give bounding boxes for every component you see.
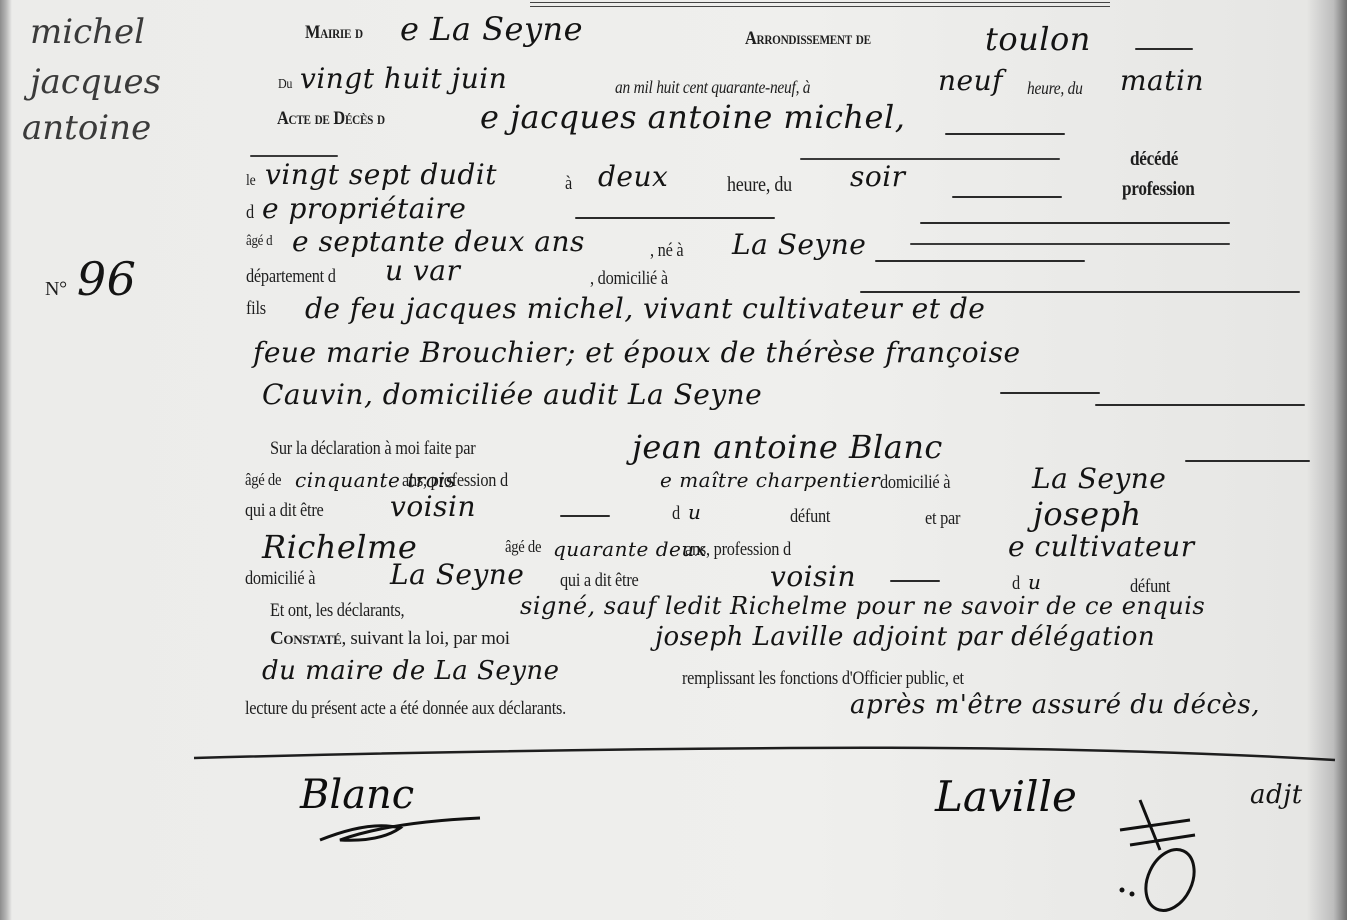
defunt-label-1: défunt <box>790 506 830 528</box>
age-label-1: âgé de <box>245 470 281 490</box>
death-period-value: soir <box>850 160 906 193</box>
dept-label: département d <box>246 266 336 288</box>
du-label-1: d <box>672 503 680 525</box>
mairie-value: e La Seyne <box>400 10 583 48</box>
relation-fill-line-1 <box>560 515 610 517</box>
relation-label-1: qui a dit être <box>245 500 324 522</box>
date-value: vingt huit juin <box>300 62 507 95</box>
declarant2-age: quarante deux <box>553 537 707 561</box>
reading-text: lecture du présent acte a été donnée aux… <box>245 698 566 720</box>
age-label-2: âgé de <box>505 537 541 557</box>
hour-label: heure, du <box>1027 78 1083 99</box>
margin-given-name-1: jacques <box>30 62 161 102</box>
born-value: La Seyne <box>732 228 866 261</box>
declarant1-name: jean antoine Blanc <box>632 428 943 466</box>
relation-fill-line-2 <box>890 580 940 582</box>
acte-label: Acte de Décès d <box>277 108 385 130</box>
declarant1-relation: voisin <box>390 490 476 523</box>
death-day-value: vingt sept dudit <box>265 158 497 191</box>
signature-divider-line <box>190 740 1340 770</box>
profession-fill-line <box>575 217 775 219</box>
profession-right-line <box>920 222 1230 224</box>
signature-right-flourish <box>1080 790 1260 920</box>
death-hour-value: deux <box>598 160 668 193</box>
age-suffix-2: ans, profession d <box>685 539 791 561</box>
date-prefix: Du <box>278 77 292 93</box>
arrondissement-value: toulon <box>985 20 1091 58</box>
declarant2-first: joseph <box>1033 495 1142 533</box>
record-number-value: 96 <box>77 252 137 306</box>
deceased-fill-line <box>945 133 1065 135</box>
age-prefix: âgé d <box>246 233 272 250</box>
scanned-record-page: michel jacques antoine N° 96 Mairie d e … <box>0 0 1347 920</box>
blank-line-a <box>250 155 338 157</box>
filiation-line-1: de feu jacques michel, vivant cultivateu… <box>305 292 985 325</box>
record-number: N° 96 <box>45 252 136 306</box>
filiation-line-2: feue marie Brouchier; et époux de thérès… <box>253 336 1021 369</box>
death-day-prefix: le <box>246 172 255 190</box>
constate-line: Constaté, suivant la loi, par moi <box>270 628 510 650</box>
declarant1-fill-line <box>1185 460 1310 462</box>
arrondissement-fill-line <box>1135 48 1193 50</box>
mairie-label: Mairie d <box>305 22 363 44</box>
filiation-line-3: Cauvin, domiciliée audit La Seyne <box>262 378 762 411</box>
reading-note: après m'être assuré du décès, <box>850 690 1260 720</box>
declarant1-profession: e maître charpentier <box>660 468 880 492</box>
et-par-label: et par <box>925 508 960 530</box>
deceased-label: décédé <box>1130 148 1178 171</box>
signature-right: Laville <box>935 772 1077 821</box>
declarant2-profession: e cultivateur <box>1008 530 1195 563</box>
declaration-intro: Sur la déclaration à moi faite par <box>270 438 475 460</box>
born-label: , né à <box>650 240 683 262</box>
profession-value: e propriétaire <box>262 192 466 225</box>
record-number-label: N° <box>45 278 67 300</box>
signed-value: signé, sauf ledit Richelme pour ne savoi… <box>520 592 1205 620</box>
profession-prefix: d <box>246 202 254 224</box>
domicile-label-2: domicilié à <box>245 568 315 590</box>
arrondissement-label: Arrondissement de <box>745 28 871 50</box>
year-text: an mil huit cent quarante-neuf, à <box>615 77 810 98</box>
declarant1-domicile: La Seyne <box>1032 462 1166 495</box>
age-suffix-1: ans, profession d <box>402 470 508 492</box>
age-right-line <box>910 243 1230 245</box>
domicile-label-1: domicilié à <box>880 472 950 494</box>
margin-given-name-2: antoine <box>22 108 151 148</box>
declarant2-domicile: La Seyne <box>390 558 524 591</box>
death-hour-prefix: à <box>565 173 572 195</box>
profession-label: profession <box>1122 178 1195 201</box>
constate-label: Constaté <box>270 628 342 649</box>
deceased-name: e jacques antoine michel, <box>480 98 905 136</box>
death-fill-line <box>952 196 1062 198</box>
margin-surname: michel <box>30 12 145 52</box>
domicile-label: , domicilié à <box>590 268 668 290</box>
filiation-prefix: fils <box>246 298 266 320</box>
hour-value: neuf <box>938 64 1003 97</box>
signed-label: Et ont, les déclarants, <box>270 600 404 622</box>
death-hour-label: heure, du <box>727 172 792 197</box>
du-value-1: u <box>688 500 701 524</box>
filiation-fill-line <box>1000 392 1100 394</box>
signature-left-flourish <box>310 810 490 850</box>
relation-label-2: qui a dit être <box>560 570 639 592</box>
born-fill-line <box>875 260 1085 262</box>
top-double-rule <box>530 2 1110 7</box>
officer-value-2: du maire de La Seyne <box>262 656 560 686</box>
blank-line-b <box>800 158 1060 160</box>
filiation-fill-line-2 <box>1095 404 1305 406</box>
dept-value: u var <box>385 254 460 287</box>
du-value-2: u <box>1028 570 1041 594</box>
officer-value: joseph Laville adjoint par délégation <box>655 622 1155 652</box>
period-value: matin <box>1120 64 1204 97</box>
officer-role-text: remplissant les fonctions d'Officier pub… <box>682 668 964 690</box>
constate-text: , suivant la loi, par moi <box>342 628 510 649</box>
declarant2-relation: voisin <box>770 560 856 593</box>
